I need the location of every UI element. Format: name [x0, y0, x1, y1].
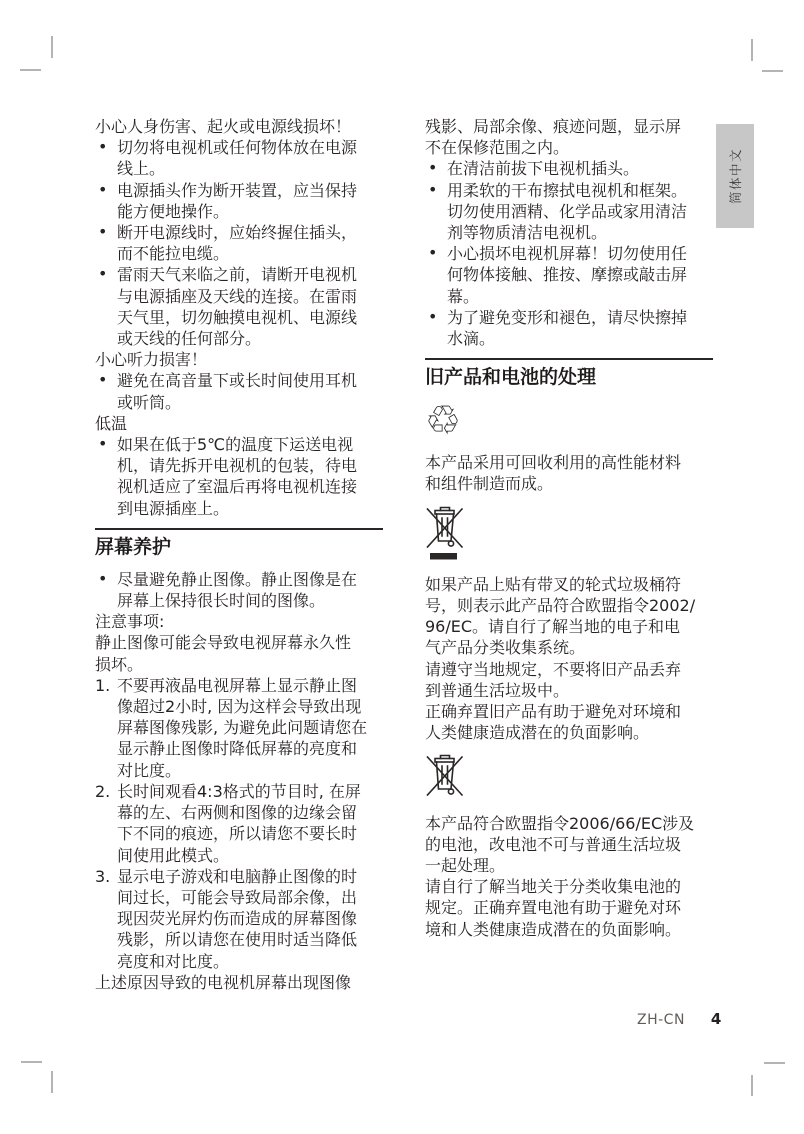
paragraph: 请遵守当地规定，不要将旧产品丢弃 到普通生活垃圾中。 [425, 659, 713, 701]
text: 避免在高音量下或长时间使用耳机 或听筒。 [117, 371, 357, 411]
recycle-symbol-icon: ♲ [425, 399, 713, 443]
text: 如果产品上贴有带叉的轮式垃圾桶符 号，则表示此产品符合欧盟指令2002/ 96/… [425, 575, 695, 658]
text: 请自行了解当地关于分类收集电池的 规定。正确弃置电池有助于避免对环 境和人类健康… [425, 877, 681, 938]
bullet-marker: • [98, 179, 107, 200]
text: 本产品符合欧盟指令2006/66/EC涉及 的电池，改电池不可与普通生活垃圾 一… [425, 814, 694, 875]
number-marker: 3. [95, 866, 110, 887]
text: 请遵守当地规定，不要将旧产品丢弃 到普通生活垃圾中。 [425, 660, 681, 700]
list-item: •避免在高音量下或长时间使用耳机 或听筒。 [95, 370, 383, 412]
language-tab: 简体中文 [716, 124, 754, 228]
screen-care-heading: 屏幕养护 [95, 535, 383, 559]
list-item: •在清洁前拔下电视机插头。 [425, 158, 713, 179]
text: 残影、局部余像、痕迹问题，显示屏 不在保修范围之内。 [425, 117, 681, 157]
list-item: •为了避免变形和褪色，请尽快擦掉 水滴。 [425, 307, 713, 349]
text: 尽量避免静止图像。静止图像是在 屏幕上保持很长时间的图像。 [117, 570, 357, 610]
crop-mark [51, 1071, 53, 1093]
low-temperature-title: 低温 [95, 413, 383, 434]
crop-mark [762, 70, 783, 72]
language-tab-label: 简体中文 [726, 148, 744, 204]
text: 如果在低于5℃的温度下运送电视 机，请先拆开电视机的包装，待电 视机适应了室温后… [117, 435, 357, 518]
warning-power-cord-title: 小心人身伤害、起火或电源线损坏！ [95, 116, 383, 137]
list-item: •断开电源线时，应始终握住插头， 而不能拉电缆。 [95, 222, 383, 264]
text: 旧产品和电池的处理 [425, 366, 596, 388]
list-item: •用柔软的干布擦拭电视机和框架。 切勿使用酒精、化学品或家用清洁 剂等物质清洁电… [425, 180, 713, 244]
text: 雷雨天气来临之前，请断开电视机 与电源插座及天线的连接。在雷雨 天气里，切勿触摸… [117, 265, 357, 348]
footer-language-code: ZH-CN [637, 1012, 685, 1028]
paragraph: 本产品采用可回收利用的高性能材料 和组件制造而成。 [425, 452, 713, 494]
paragraph: 本产品符合欧盟指令2006/66/EC涉及 的电池，改电池不可与普通生活垃圾 一… [425, 813, 713, 877]
text: 长时间观看4:3格式的节目时, 在屏 幕的左、右两侧和图像的边缘会留 下不同的痕… [117, 782, 361, 865]
bullet-marker: • [428, 157, 437, 178]
text: 小心人身伤害、起火或电源线损坏！ [95, 117, 351, 136]
text: 断开电源线时，应始终握住插头， 而不能拉电缆。 [117, 223, 357, 263]
bullet-marker: • [98, 369, 107, 390]
old-product-battery-heading: 旧产品和电池的处理 [425, 365, 713, 389]
bullet-marker: • [98, 263, 107, 284]
text: 上述原因导致的电视机屏幕出现图像 [95, 973, 351, 992]
left-column: 小心人身伤害、起火或电源线损坏！•切勿将电视机或任何物体放在电源 线上。•电源插… [95, 116, 383, 993]
list-item: •切勿将电视机或任何物体放在电源 线上。 [95, 137, 383, 179]
text: 本产品采用可回收利用的高性能材料 和组件制造而成。 [425, 453, 681, 493]
list-item: •电源插头作为断开装置，应当保持 能方便地操作。 [95, 180, 383, 222]
text: 小心损坏电视机屏幕！切勿使用任 何物体接触、推按、摩擦或敲击屏 幕。 [447, 244, 687, 305]
bullet-marker: • [428, 306, 437, 327]
notes-label: 注意事项: [95, 611, 383, 632]
bullet-marker: • [98, 136, 107, 157]
page-footer: ZH-CN4 [637, 1010, 722, 1028]
bullet-marker: • [98, 568, 107, 589]
numbered-item: 1.不要再液晶电视屏幕上显示静止图 像超过2小时, 因为这样会导致出现 屏幕图像… [95, 675, 383, 781]
list-item: •如果在低于5℃的温度下运送电视 机，请先拆开电视机的包装，待电 视机适应了室温… [95, 434, 383, 519]
numbered-item: 2.长时间观看4:3格式的节目时, 在屏 幕的左、右两侧和图像的边缘会留 下不同… [95, 781, 383, 866]
right-column: 残影、局部余像、痕迹问题，显示屏 不在保修范围之内。•在清洁前拔下电视机插头。•… [425, 116, 713, 940]
crop-mark [751, 39, 753, 61]
text: 不要再液晶电视屏幕上显示静止图 像超过2小时, 因为这样会导致出现 屏幕图像残影… [117, 676, 367, 780]
text: 小心听力损害！ [95, 350, 207, 369]
text: 电源插头作为断开装置，应当保持 能方便地操作。 [117, 181, 357, 221]
paragraph: 静止图像可能会导致电视屏幕永久性 损坏。 [95, 632, 383, 674]
crop-mark [21, 1061, 42, 1063]
list-item: •尽量避免静止图像。静止图像是在 屏幕上保持很长时间的图像。 [95, 569, 383, 611]
numbered-item: 3.显示电子游戏和电脑静止图像的时 间过长，可能会导致局部余像，出 现因荧光屏灼… [95, 866, 383, 972]
paragraph: 请自行了解当地关于分类收集电池的 规定。正确弃置电池有助于避免对环 境和人类健康… [425, 876, 713, 940]
paragraph: 如果产品上贴有带叉的轮式垃圾桶符 号，则表示此产品符合欧盟指令2002/ 96/… [425, 574, 713, 659]
section-divider [95, 528, 383, 530]
list-item: •雷雨天气来临之前，请断开电视机 与电源插座及天线的连接。在雷雨 天气里，切勿触… [95, 264, 383, 349]
number-marker: 2. [95, 781, 110, 802]
warning-hearing-title: 小心听力损害！ [95, 349, 383, 370]
number-marker: 1. [95, 675, 110, 696]
crop-mark [764, 1062, 785, 1064]
text: 屏幕养护 [95, 536, 171, 558]
section-divider [425, 358, 713, 360]
text: 切勿将电视机或任何物体放在电源 线上。 [117, 138, 357, 178]
paragraph: 上述原因导致的电视机屏幕出现图像 [95, 972, 383, 993]
bullet-marker: • [98, 433, 107, 454]
recycle-symbol-icon-glyph: ♲ [425, 399, 461, 443]
text: 静止图像可能会导致电视屏幕永久性 损坏。 [95, 633, 351, 673]
list-item: •小心损坏电视机屏幕！切勿使用任 何物体接触、推按、摩擦或敲击屏 幕。 [425, 243, 713, 307]
crop-mark [51, 36, 53, 58]
text: 低温 [95, 414, 127, 433]
footer-page-number: 4 [711, 1010, 722, 1028]
bullet-marker: • [428, 242, 437, 263]
weee-crossed-bin-bar-icon [425, 502, 713, 565]
paragraph: 残影、局部余像、痕迹问题，显示屏 不在保修范围之内。 [425, 116, 713, 158]
text: 正确弃置旧产品有助于避免对环境和 人类健康造成潜在的负面影响。 [425, 702, 681, 742]
manual-page: 简体中文 小心人身伤害、起火或电源线损坏！•切勿将电视机或任何物体放在电源 线上… [0, 0, 804, 1134]
weee-crossed-bin-icon [425, 750, 713, 803]
paragraph: 正确弃置旧产品有助于避免对环境和 人类健康造成潜在的负面影响。 [425, 701, 713, 743]
bullet-marker: • [98, 221, 107, 242]
text: 注意事项: [95, 612, 164, 631]
bullet-marker: • [428, 179, 437, 200]
text: 在清洁前拔下电视机插头。 [447, 159, 639, 178]
crop-mark [751, 1075, 753, 1096]
crop-mark [20, 69, 41, 71]
text: 用柔软的干布擦拭电视机和框架。 切勿使用酒精、化学品或家用清洁 剂等物质清洁电视… [447, 181, 687, 242]
text: 显示电子游戏和电脑静止图像的时 间过长，可能会导致局部余像，出 现因荧光屏灼伤而… [117, 867, 357, 971]
text: 为了避免变形和褪色，请尽快擦掉 水滴。 [447, 308, 687, 348]
